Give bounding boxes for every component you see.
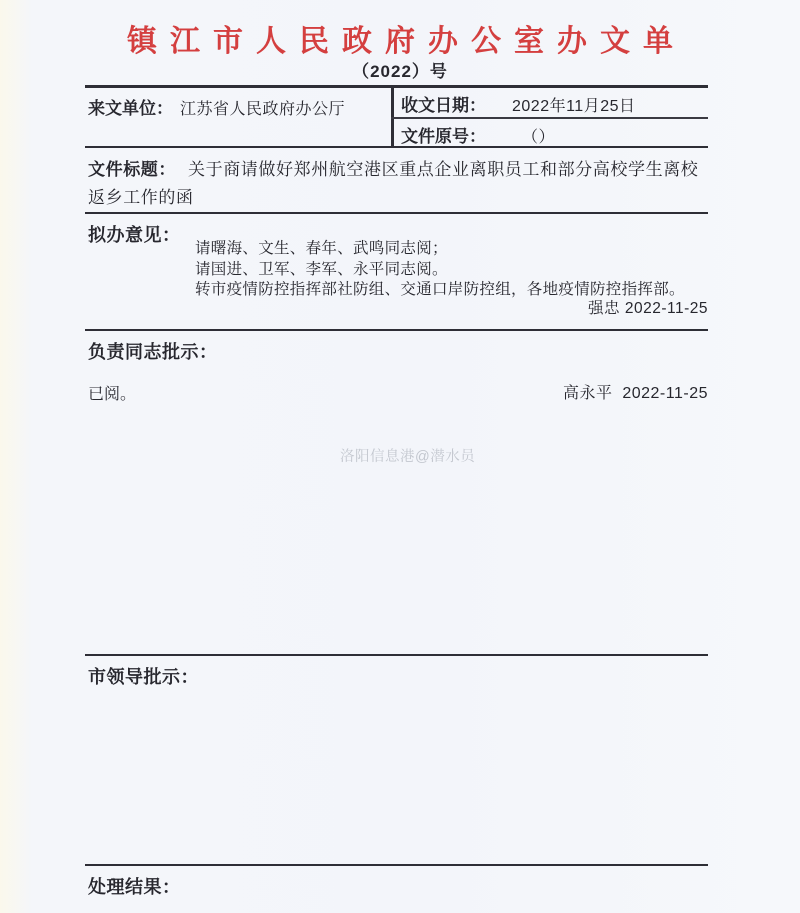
source-unit-value: 江苏省人民政府办公厅 <box>180 96 345 119</box>
rule-above-mayor <box>85 654 708 656</box>
doc-title-row: 文件标题：关于商请做好郑州航空港区重点企业离职员工和部分高校学生离校返乡工作的函 <box>88 156 708 212</box>
original-number-value: （） <box>522 124 555 147</box>
receive-date-label: 收文日期： <box>401 91 486 116</box>
source-unit-label: 来文单位： <box>88 94 173 119</box>
responsible-comments-signature: 高永平 2022-11-25 <box>88 380 708 403</box>
rule-below-title <box>85 212 708 214</box>
opinion-line: 请曙海、文生、春年、武鸣同志阅； <box>195 239 710 260</box>
rule-top <box>85 85 708 88</box>
doc-title-value: 关于商请做好郑州航空港区重点企业离职员工和部分高校学生离校返乡工作的函 <box>88 160 698 207</box>
doc-number: （2022）号 <box>0 57 800 82</box>
receive-date-value: 2022年11月25日 <box>512 93 636 116</box>
rule-date-number-divider <box>391 117 708 119</box>
rule-below-header-row <box>85 146 708 148</box>
processing-result-label: 处理结果： <box>88 873 181 899</box>
watermark-text: 洛阳信息港@潜水员 <box>340 445 475 466</box>
proposed-opinion-content: 请曙海、文生、春年、武鸣同志阅； 请国进、卫军、李军、永平同志阅。 转市疫情防控… <box>195 239 710 301</box>
doc-title-label: 文件标题： <box>88 160 176 179</box>
document-page: 镇江市人民政府办公室办文单 （2022）号 来文单位： 江苏省人民政府办公厅 收… <box>0 0 800 913</box>
original-number-label: 文件原号： <box>401 122 486 147</box>
mayor-comments-label: 市领导批示： <box>88 663 199 689</box>
rule-above-result <box>85 864 708 866</box>
page-title: 镇江市人民政府办公室办文单 <box>0 16 800 60</box>
rule-below-opinion <box>85 329 708 331</box>
opinion-line: 请国进、卫军、李军、永平同志阅。 <box>195 260 710 281</box>
proposed-opinion-signature: 强忠 2022-11-25 <box>88 296 708 318</box>
responsible-comments-label: 负责同志批示： <box>88 338 218 364</box>
proposed-opinion-label: 拟办意见： <box>88 221 181 247</box>
